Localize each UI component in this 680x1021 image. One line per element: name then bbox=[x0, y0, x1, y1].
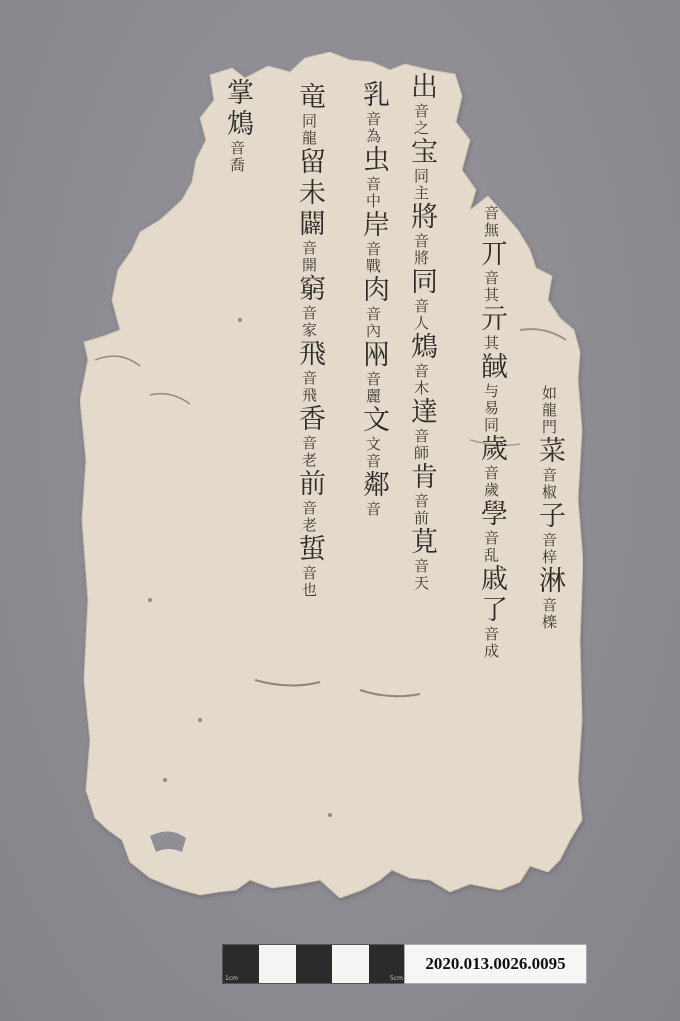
headword-character: 㒳 bbox=[358, 340, 389, 371]
scale-segment-light bbox=[259, 945, 295, 983]
headword-character: 掌 bbox=[222, 78, 253, 109]
pronunciation-gloss: 音麗 bbox=[364, 371, 382, 405]
headword-character: 同 bbox=[406, 267, 437, 298]
headword-character: 岸 bbox=[358, 210, 389, 241]
headword-character: 闢 bbox=[294, 209, 325, 240]
headword-character: 鴆 bbox=[406, 332, 437, 363]
pronunciation-gloss: 其 bbox=[482, 335, 500, 352]
text-column-3: 出音之宝同主將音將同音人鴆音木達音師肯音前莧音天 bbox=[408, 72, 435, 592]
headword-character: 出 bbox=[406, 72, 437, 103]
headword-character: 丌 bbox=[476, 239, 507, 270]
pronunciation-gloss: 音老 bbox=[300, 435, 318, 469]
headword-character: 肯 bbox=[406, 462, 437, 493]
torn-paper-sheet bbox=[0, 0, 680, 1021]
headword-character: 鴆 bbox=[222, 109, 253, 140]
pronunciation-gloss: 音為 bbox=[364, 111, 382, 145]
headword-character: 乳 bbox=[358, 80, 389, 111]
text-column-4: 乳音為虫音中岸音戰肉音內㒳音麗文文音鄰音 bbox=[360, 80, 387, 518]
pronunciation-gloss: 如龍門 bbox=[540, 385, 558, 436]
text-column-1: 如龍門菜音椒子音梓淋音檪 bbox=[536, 385, 563, 631]
headword-character: 窮 bbox=[294, 274, 325, 305]
headword-character: 歲 bbox=[476, 434, 507, 465]
pronunciation-gloss: 音椒 bbox=[540, 467, 558, 501]
headword-character: 飛 bbox=[294, 339, 325, 370]
headword-character: 馘 bbox=[476, 352, 507, 383]
pronunciation-gloss: 音飛 bbox=[300, 370, 318, 404]
pronunciation-gloss: 音家 bbox=[300, 305, 318, 339]
headword-character: 淋 bbox=[534, 566, 565, 597]
pronunciation-gloss: 音梓 bbox=[540, 532, 558, 566]
pronunciation-gloss: 音人 bbox=[412, 298, 430, 332]
pronunciation-gloss: 音中 bbox=[364, 176, 382, 210]
headword-character: 虫 bbox=[358, 145, 389, 176]
pronunciation-gloss: 与易同 bbox=[482, 383, 500, 434]
pronunciation-gloss: 音喬 bbox=[228, 140, 246, 174]
headword-character: 留 bbox=[294, 147, 325, 178]
headword-character: 宝 bbox=[406, 137, 437, 168]
scale-segment-light bbox=[332, 945, 368, 983]
headword-character: 前 bbox=[294, 469, 325, 500]
pronunciation-gloss: 文音 bbox=[364, 436, 382, 470]
headword-character: 鄰 bbox=[358, 470, 389, 501]
pronunciation-gloss: 音將 bbox=[412, 233, 430, 267]
headword-character: 未 bbox=[294, 178, 325, 209]
headword-character: 莧 bbox=[406, 527, 437, 558]
pronunciation-gloss: 音前 bbox=[412, 493, 430, 527]
pronunciation-gloss: 音也 bbox=[300, 565, 318, 599]
pronunciation-gloss: 音之 bbox=[412, 103, 430, 137]
headword-character: 亓 bbox=[476, 304, 507, 335]
headword-character: 將 bbox=[406, 202, 437, 233]
pronunciation-gloss: 音無 bbox=[482, 205, 500, 239]
catalog-number-label: 2020.013.0026.0095 bbox=[404, 944, 587, 984]
scale-bar: 1cm 5cm bbox=[222, 944, 406, 984]
headword-character: 肉 bbox=[358, 275, 389, 306]
pronunciation-gloss: 音乱 bbox=[482, 530, 500, 564]
scale-segment-dark bbox=[296, 945, 332, 983]
text-column-2: 音無丌音其亓其馘与易同歲音歲學音乱戚了音成 bbox=[478, 205, 505, 660]
headword-character: 竜 bbox=[294, 82, 325, 113]
headword-character: 學 bbox=[476, 499, 507, 530]
pronunciation-gloss: 音內 bbox=[364, 306, 382, 340]
pronunciation-gloss: 音天 bbox=[412, 558, 430, 592]
scale-right-label: 5cm bbox=[390, 975, 403, 982]
headword-character: 戚 bbox=[476, 564, 507, 595]
headword-character: 香 bbox=[294, 404, 325, 435]
pronunciation-gloss: 同龍 bbox=[300, 113, 318, 147]
pronunciation-gloss: 音其 bbox=[482, 270, 500, 304]
headword-character: 了 bbox=[476, 595, 507, 626]
pronunciation-gloss: 音 bbox=[364, 501, 382, 518]
headword-character: 文 bbox=[358, 405, 389, 436]
headword-character: 達 bbox=[406, 397, 437, 428]
text-column-6: 掌鴆音喬 bbox=[224, 78, 251, 174]
pronunciation-gloss: 同主 bbox=[412, 168, 430, 202]
pronunciation-gloss: 音戰 bbox=[364, 241, 382, 275]
pronunciation-gloss: 音檪 bbox=[540, 597, 558, 631]
pronunciation-gloss: 音歲 bbox=[482, 465, 500, 499]
pronunciation-gloss: 音老 bbox=[300, 500, 318, 534]
scale-left-label: 1cm bbox=[225, 975, 238, 982]
headword-character: 子 bbox=[534, 501, 565, 532]
pronunciation-gloss: 音成 bbox=[482, 626, 500, 660]
headword-character: 菜 bbox=[534, 436, 565, 467]
pronunciation-gloss: 音木 bbox=[412, 363, 430, 397]
text-column-5: 竜同龍留未闢音開窮音家飛音飛香音老前音老蜇音也 bbox=[296, 82, 323, 599]
pronunciation-gloss: 音開 bbox=[300, 240, 318, 274]
pronunciation-gloss: 音師 bbox=[412, 428, 430, 462]
headword-character: 蜇 bbox=[294, 534, 325, 565]
